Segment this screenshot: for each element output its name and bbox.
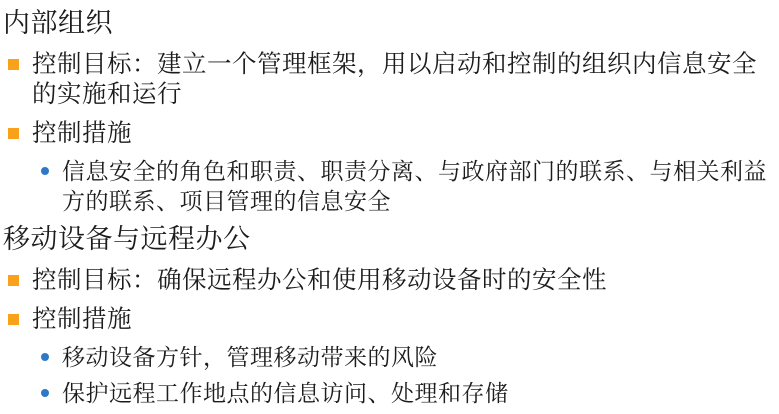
slide: 内部组织 控制目标：建立一个管理框架，用以启动和控制的组织内信息安全的实施和运行… <box>0 0 779 414</box>
bullet-item: 控制措施 <box>0 119 777 149</box>
bullet-square-icon <box>8 314 19 325</box>
bullet-text: 控制目标：确保远程办公和使用移动设备时的安全性 <box>32 267 607 294</box>
bullet-item: 控制目标：建立一个管理框架，用以启动和控制的组织内信息安全的实施和运行 <box>0 50 777 110</box>
bullet-square-icon <box>8 128 19 139</box>
bullet-dot-icon <box>41 389 49 397</box>
bullet-item: 移动设备方针，管理移动带来的风险 <box>0 342 777 372</box>
bullet-item: 控制措施 <box>0 305 777 335</box>
bullet-square-icon <box>8 59 19 70</box>
section-title-internal-organization: 内部组织 <box>0 6 777 40</box>
bullet-text: 信息安全的角色和职责、职责分离、与政府部门的联系、与相关利益方的联系、项目管理的… <box>62 158 767 214</box>
bullet-text: 控制措施 <box>32 120 132 147</box>
bullet-text: 控制措施 <box>32 306 132 333</box>
bullet-square-icon <box>8 275 19 286</box>
bullet-text: 保护远程工作地点的信息访问、处理和存储 <box>62 380 509 406</box>
bullet-item: 控制目标：确保远程办公和使用移动设备时的安全性 <box>0 266 777 296</box>
bullet-item: 保护远程工作地点的信息访问、处理和存储 <box>0 378 777 408</box>
bullet-dot-icon <box>41 353 49 361</box>
section-title-mobile-devices-teleworking: 移动设备与远程办公 <box>0 222 777 256</box>
bullet-text: 移动设备方针，管理移动带来的风险 <box>62 344 438 370</box>
bullet-dot-icon <box>41 167 49 175</box>
bullet-item: 信息安全的角色和职责、职责分离、与政府部门的联系、与相关利益方的联系、项目管理的… <box>0 156 777 216</box>
bullet-text: 控制目标：建立一个管理框架，用以启动和控制的组织内信息安全的实施和运行 <box>32 51 757 108</box>
